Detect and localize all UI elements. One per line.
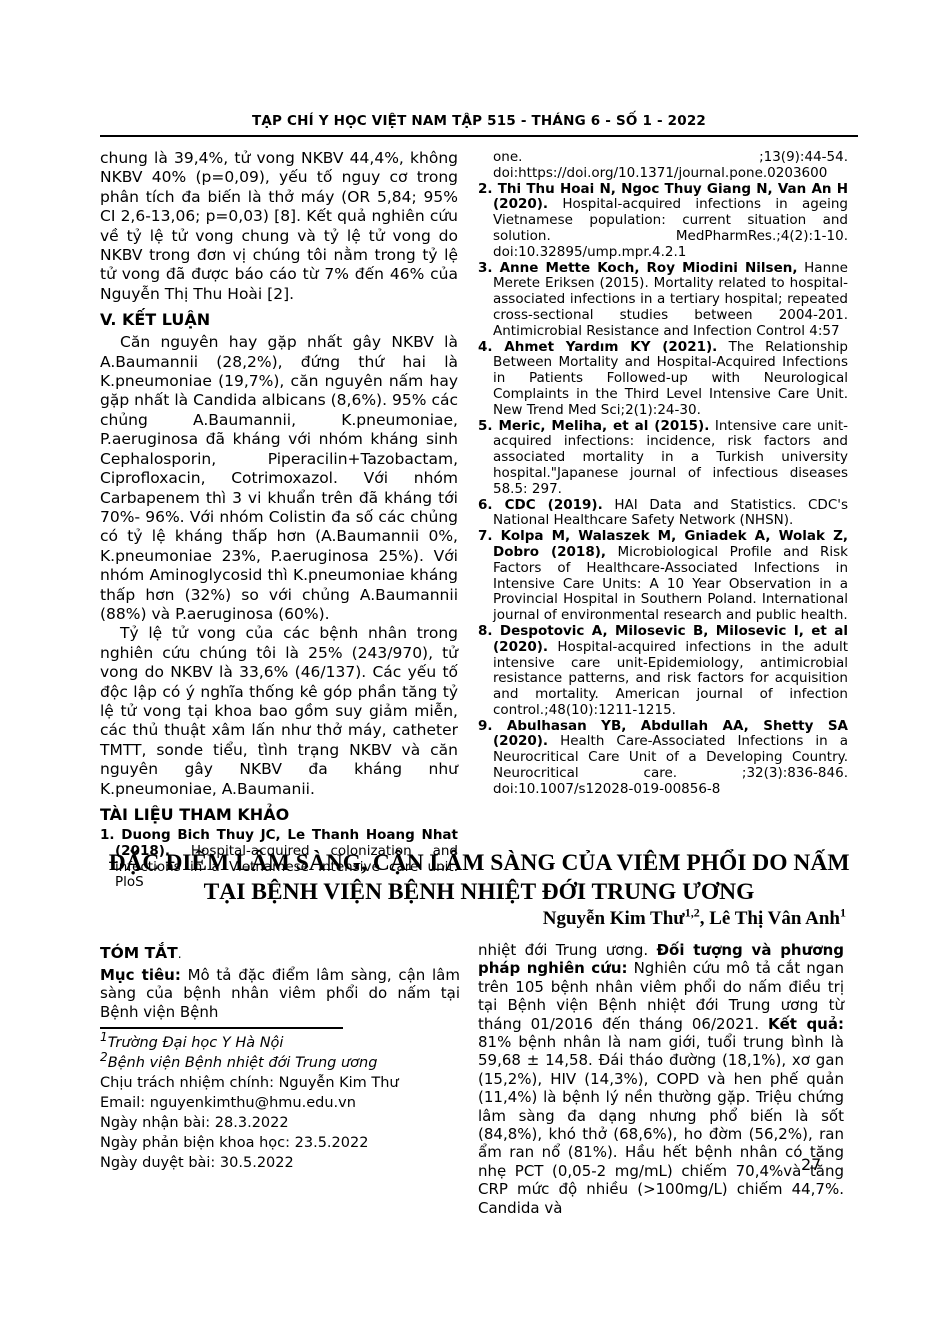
footnote-rule xyxy=(100,1027,343,1029)
reference-1-doi: doi:https://doi.org/10.1371/journal.pone… xyxy=(493,166,848,182)
article1-left-column: chung là 39,4%, tử vong NKBV 44,4%, khôn… xyxy=(100,149,458,891)
reference-item-4: 4. Ahmet Yardım KY (2021). The Relations… xyxy=(478,340,848,419)
header-rule xyxy=(100,135,858,137)
accepted-date-line: Ngày duyệt bài: 30.5.2022 xyxy=(100,1153,460,1173)
affiliation-2: 2Bệnh viện Bệnh nhiệt đới Trung ương xyxy=(100,1053,460,1073)
article1-right-column: one. ;13(9):44-54. doi:https://doi.org/1… xyxy=(478,150,848,798)
journal-page: TẠP CHÍ Y HỌC VIỆT NAM TẬP 515 - THÁNG 6… xyxy=(0,0,942,1333)
running-header: TẠP CHÍ Y HỌC VIỆT NAM TẬP 515 - THÁNG 6… xyxy=(100,113,858,129)
abstract-right-paragraph: nhiệt đới Trung ương. Đối tượng và phươn… xyxy=(478,941,844,1217)
article2-left-column: TÓM TẮT. Mục tiêu: Mô tả đặc điểm lâm sà… xyxy=(100,944,460,1173)
corresponding-author-line: Chịu trách nhiệm chính: Nguyễn Kim Thư xyxy=(100,1073,460,1093)
conclusion-paragraph-1: Căn nguyên hay gặp nhất gây NKBV là A.Ba… xyxy=(100,333,458,624)
reference-1-journal: one. xyxy=(493,150,522,166)
article2-title: ĐẶC ĐIỂM LÂM SÀNG, CẬN LÂM SÀNG CỦA VIÊM… xyxy=(100,849,858,907)
references-heading: TÀI LIỆU THAM KHẢO xyxy=(100,805,458,825)
abstract-left-paragraph: Mục tiêu: Mô tả đặc điểm lâm sàng, cận l… xyxy=(100,966,460,1021)
article2-title-line1: ĐẶC ĐIỂM LÂM SÀNG, CẬN LÂM SÀNG CỦA VIÊM… xyxy=(100,849,858,878)
reference-item-6: 6. CDC (2019). HAI Data and Statistics. … xyxy=(478,498,848,530)
affiliation-1: 1Trường Đại học Y Hà Nội xyxy=(100,1033,460,1053)
article2-authors: Nguyễn Kim Thư1,2, Lê Thị Vân Anh1 xyxy=(100,908,846,930)
conclusion-heading: V. KẾT LUẬN xyxy=(100,310,458,330)
page-number: 27 xyxy=(801,1155,821,1174)
reference-item-9: 9. Abulhasan YB, Abdullah AA, Shetty SA … xyxy=(478,719,848,798)
email-line: Email: nguyenkimthu@hmu.edu.vn xyxy=(100,1093,460,1113)
conclusion-paragraph-2: Tỷ lệ tử vong của các bệnh nhân trong ng… xyxy=(100,624,458,799)
intro-continuation-paragraph: chung là 39,4%, tử vong NKBV 44,4%, khôn… xyxy=(100,149,458,304)
reference-item-3: 3. Anne Mette Koch, Roy Miodini Nilsen, … xyxy=(478,261,848,340)
journal-header-text: TẠP CHÍ Y HỌC VIỆT NAM TẬP 515 - THÁNG 6… xyxy=(252,113,706,129)
reference-item-8: 8. Despotovic A, Milosevic B, Milosevic … xyxy=(478,624,848,719)
reference-1-journal-line: one. ;13(9):44-54. xyxy=(493,150,848,166)
article2-right-column: nhiệt đới Trung ương. Đối tượng và phươn… xyxy=(478,941,844,1217)
abstract-heading-dot: . xyxy=(178,947,182,961)
reviewed-date-line: Ngày phản biện khoa học: 23.5.2022 xyxy=(100,1133,460,1153)
reference-item-7: 7. Kolpa M, Walaszek M, Gniadek A, Wolak… xyxy=(478,529,848,624)
received-date-line: Ngày nhận bài: 28.3.2022 xyxy=(100,1113,460,1133)
abstract-heading-text: TÓM TẮT xyxy=(100,944,178,962)
reference-item-5: 5. Meric, Meliha, et al (2015). Intensiv… xyxy=(478,419,848,498)
article2-title-line2: TẠI BỆNH VIỆN BỆNH NHIỆT ĐỚI TRUNG ƯƠNG xyxy=(100,878,858,907)
reference-1-pages: ;13(9):44-54. xyxy=(759,150,848,166)
reference-1-continuation: one. ;13(9):44-54. doi:https://doi.org/1… xyxy=(478,150,848,182)
abstract-heading: TÓM TẮT. xyxy=(100,944,460,964)
reference-item-2: 2. Thi Thu Hoai N, Ngoc Thuy Giang N, Va… xyxy=(478,182,848,261)
